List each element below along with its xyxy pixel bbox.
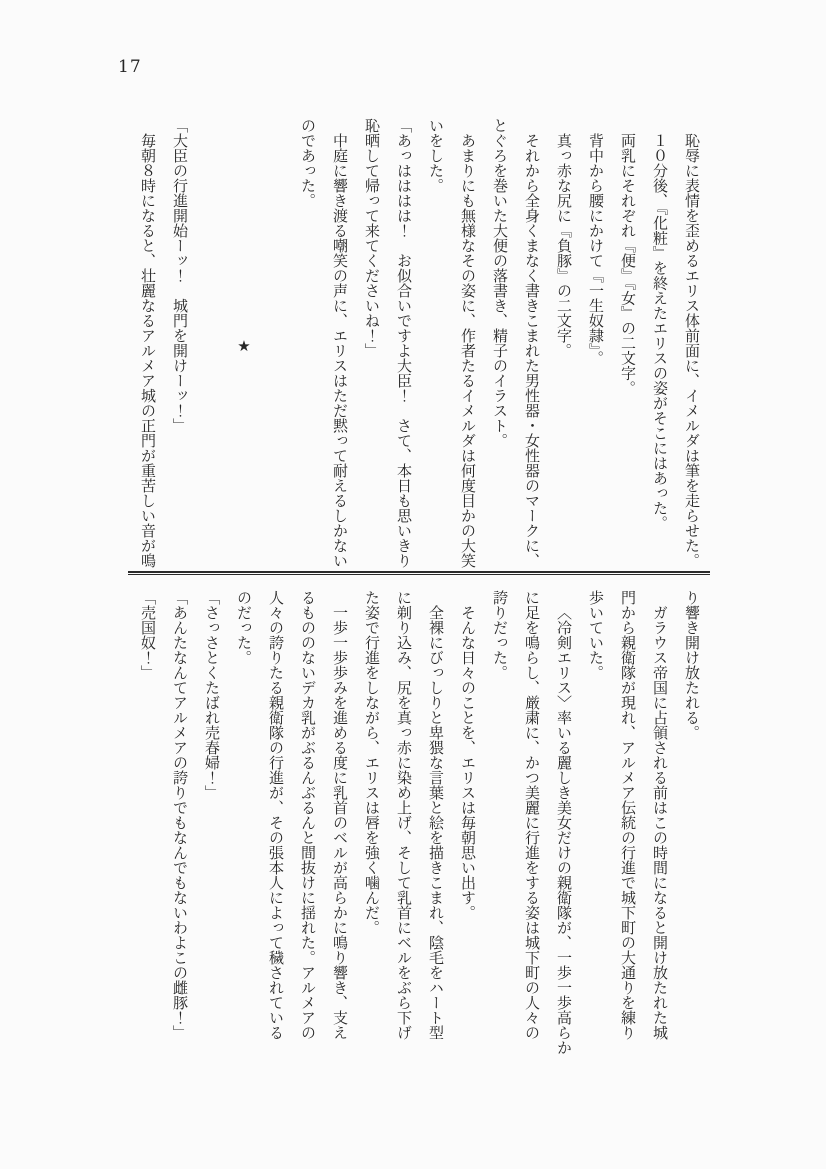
bottom-text-block: り響き開け放たれる。 ガラウス帝国に占領される前はこの時間になると開け放たれた城… (126, 590, 708, 1048)
text-column: 真っ赤な尻に『負豚』の二文字。 (548, 118, 580, 574)
text-column: に剃り込み、尻を真っ赤に染め上げ、そして乳首にベルをぶら下げ (388, 590, 420, 1048)
text-column: 中庭に響き渡る嘲笑の声に、エリスはただ黙って耐えるしかない (324, 118, 356, 574)
section-divider-line (128, 571, 710, 575)
text-column: 「売国奴！」 (132, 590, 164, 1048)
text-column: 恥晒して帰って来てくださいね！」 (356, 118, 388, 574)
top-text-block: 恥辱に表情を歪めるエリス体前面に、イメルダは筆を走らせた。 １０分後、『化粧』を… (126, 118, 708, 574)
text-column: 「大臣の行進開始ーッ！ 城門を開けーッ！」 (164, 118, 196, 574)
text-column: １０分後、『化粧』を終えたエリスの姿がそこにはあった。 (644, 118, 676, 574)
text-column: 〈冷剣エリス〉率いる麗しき美女だけの親衛隊が、一歩一歩高らか (548, 590, 580, 1048)
novel-page: 17 恥辱に表情を歪めるエリス体前面に、イメルダは筆を走らせた。 １０分後、『化… (0, 0, 826, 1169)
text-column: 人々の誇りたる親衛隊の行進が、その張本人によって穢されている (260, 590, 292, 1048)
text-column: そんな日々のことを、エリスは毎朝思い出す。 (452, 590, 484, 1048)
text-column: ガラウス帝国に占領される前はこの時間になると開け放たれた城 (644, 590, 676, 1048)
text-column: あまりにも無様なその姿に、作者たるイメルダは何度目かの大笑 (452, 118, 484, 574)
blank-column (260, 118, 292, 574)
text-column: 一歩一歩歩みを進める度に乳首のベルが高らかに鳴り響き、支え (324, 590, 356, 1048)
text-column: るもののないデカ乳がぶるんぶるんと間抜けに揺れた。アルメアの (292, 590, 324, 1048)
text-column: とぐろを巻いた大便の落書き、精子のイラスト。 (484, 118, 516, 574)
text-column: 背中から腰にかけて『一生奴隷』。 (580, 118, 612, 574)
text-column: のだった。 (228, 590, 260, 1048)
text-column: 「さっさとくたばれ売春婦！」 (196, 590, 228, 1048)
text-column: 両乳にそれぞれ『便』『女』の二文字。 (612, 118, 644, 574)
text-column: 「あっはははは！ お似合いですよ大臣！ さて、本日も思いきり (388, 118, 420, 574)
text-column: 全裸にびっしりと卑猥な言葉と絵を描きこまれ、陰毛をハート型 (420, 590, 452, 1048)
page-number: 17 (118, 57, 142, 77)
text-column: に足を鳴らし、厳粛に、かつ美麗に行進をする姿は城下町の人々の (516, 590, 548, 1048)
text-column: 「あんたなんてアルメアの誇りでもなんでもないわよこの雌豚！」 (164, 590, 196, 1048)
text-column: いをした。 (420, 118, 452, 574)
text-column: のであった。 (292, 118, 324, 574)
text-column: 毎朝８時になると、壮麗なるアルメア城の正門が重苦しい音が鳴 (132, 118, 164, 574)
scene-break-star: ★ (228, 118, 260, 574)
text-column: 恥辱に表情を歪めるエリス体前面に、イメルダは筆を走らせた。 (676, 118, 708, 574)
text-column: り響き開け放たれる。 (676, 590, 708, 1048)
text-column: 歩いていた。 (580, 590, 612, 1048)
blank-column (196, 118, 228, 574)
text-column: 誇りだった。 (484, 590, 516, 1048)
text-column: た姿で行進をしながら、エリスは唇を強く噛んだ。 (356, 590, 388, 1048)
text-column: それから全身くまなく書きこまれた男性器・女性器のマークに、 (516, 118, 548, 574)
text-column: 門から親衛隊が現れ、アルメア伝統の行進で城下町の大通りを練り (612, 590, 644, 1048)
